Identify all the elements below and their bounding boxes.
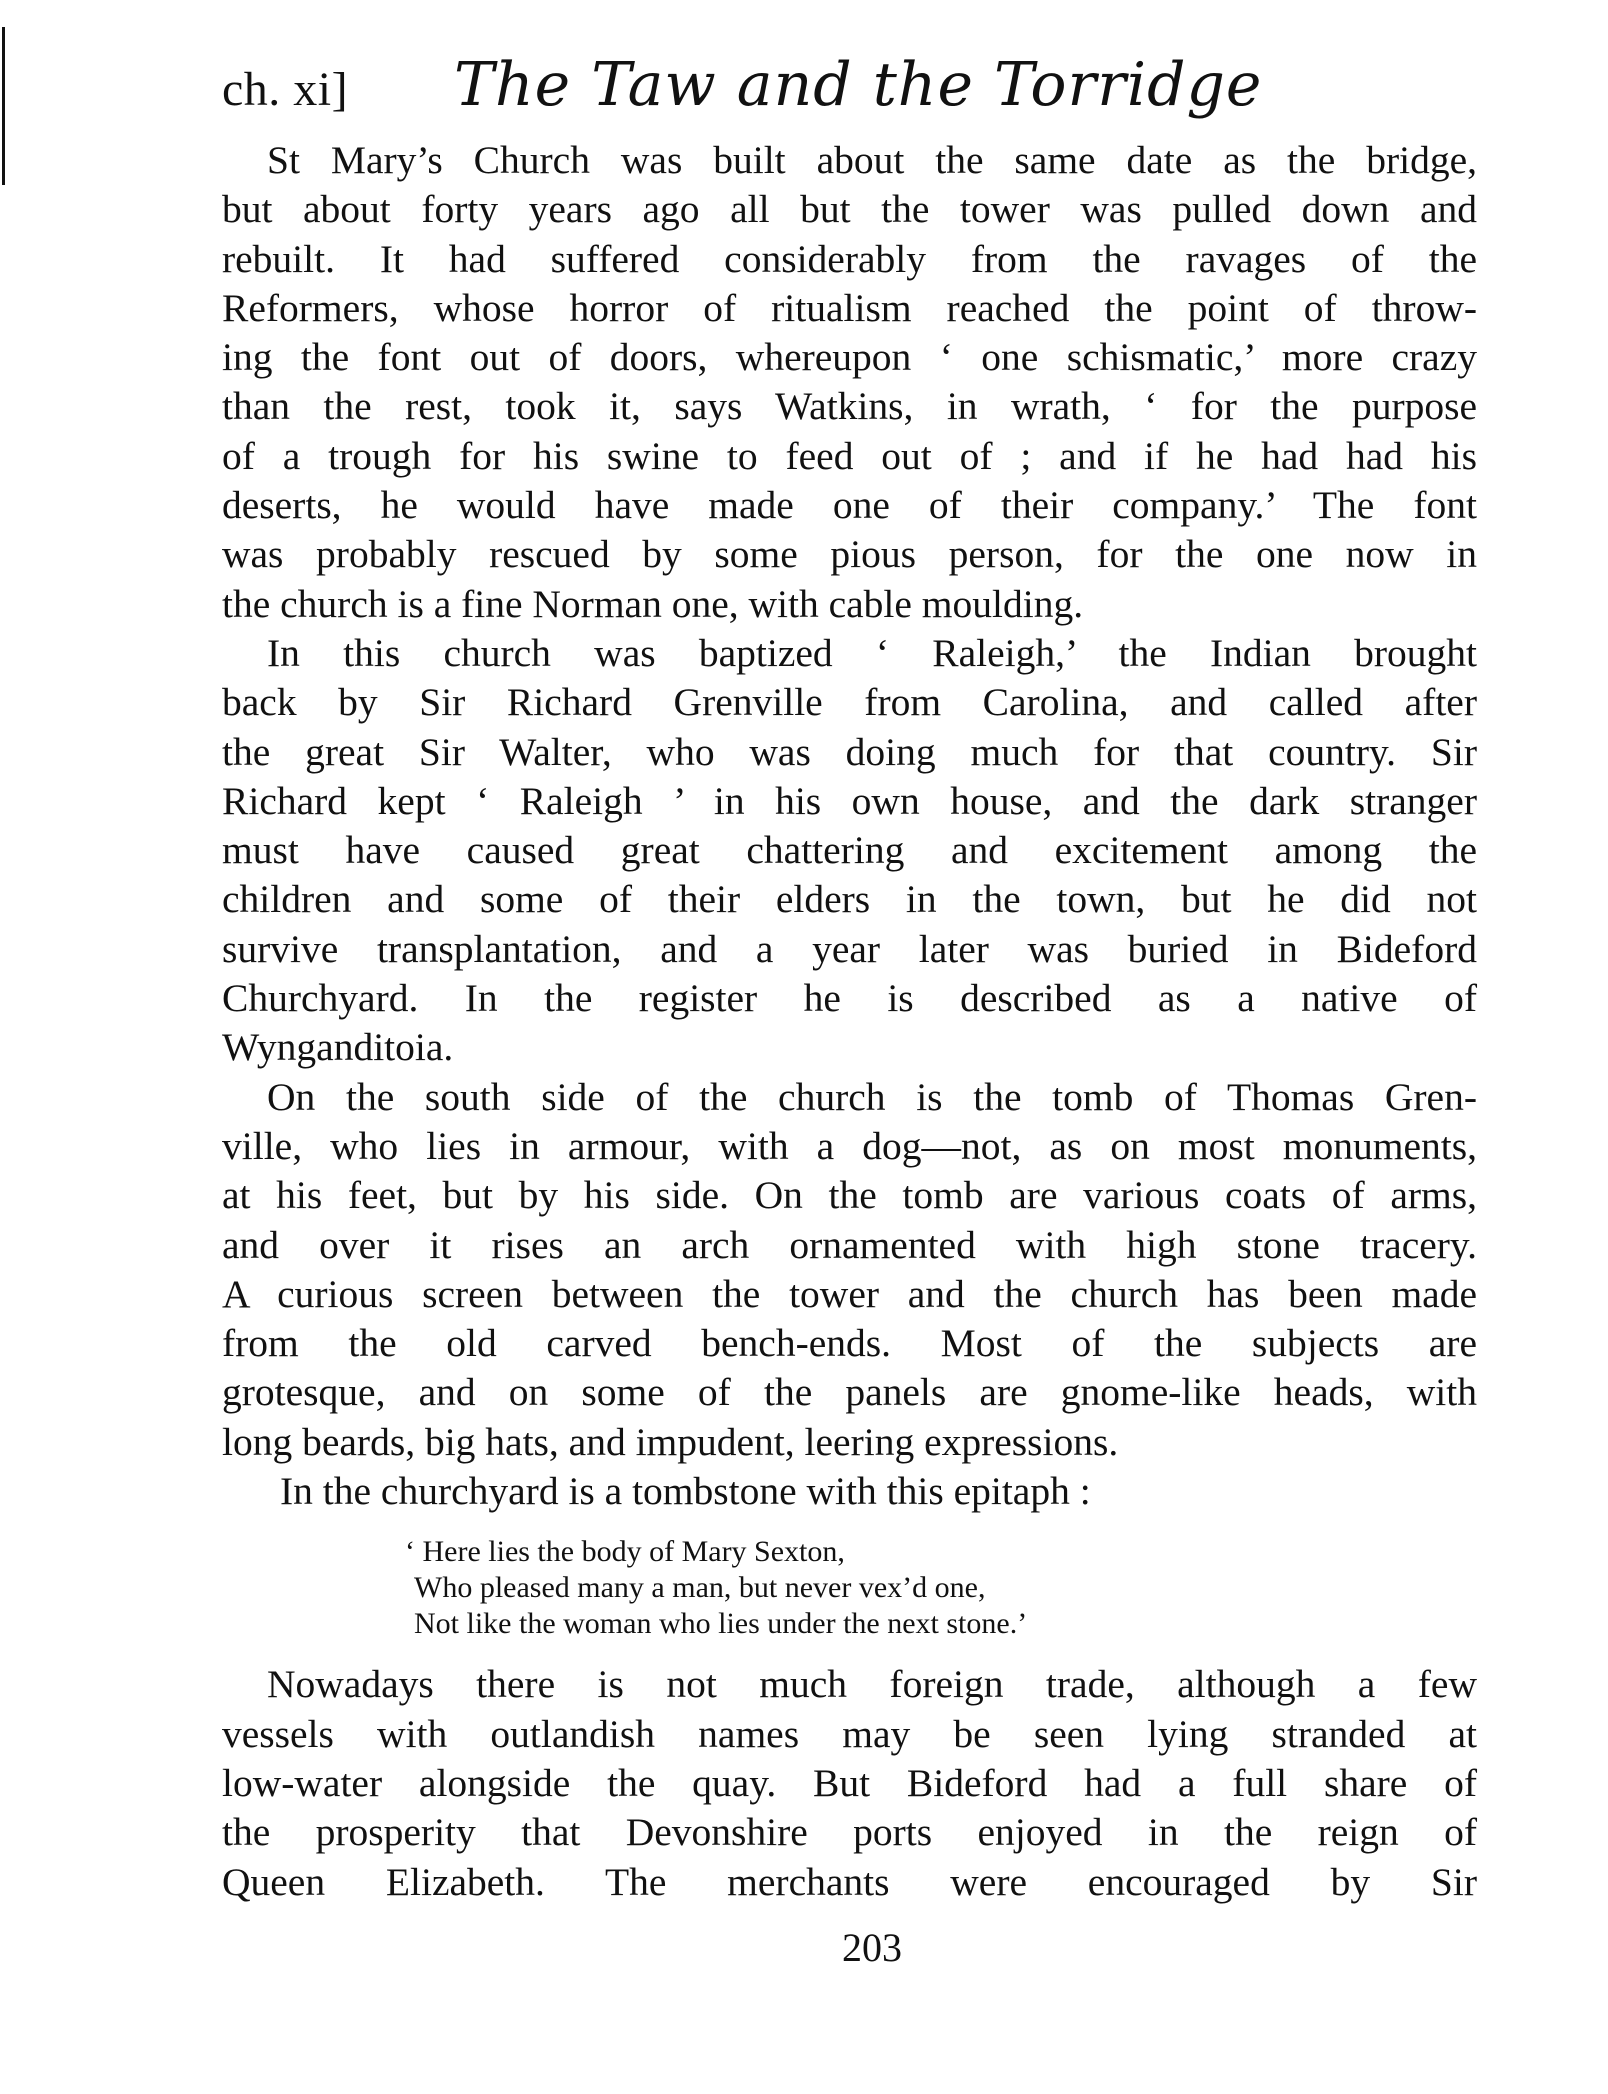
text-line: deserts, he would have made one of their… [222,481,1477,530]
text-line: low-water alongside the quay. But Bidefo… [222,1759,1477,1808]
paragraph-foreign-trade: Nowadays there is not much foreign trade… [222,1660,1477,1906]
text-line: of a trough for his swine to feed out of… [222,432,1477,481]
text-line: was probably rescued by some pious perso… [222,530,1477,579]
text-line: the great Sir Walter, who was doing much… [222,728,1477,777]
text-line: Queen Elizabeth. The merchants were enco… [222,1858,1477,1907]
text-line: St Mary’s Church was built about the sam… [222,136,1477,185]
text-line: rebuilt. It had suffered considerably fr… [222,235,1477,284]
text-line: On the south side of the church is the t… [222,1073,1477,1122]
text-line: grotesque, and on some of the panels are… [222,1368,1477,1417]
text-line: Richard kept ‘ Raleigh ’ in his own hous… [222,777,1477,826]
text-line: In this church was baptized ‘ Raleigh,’ … [222,629,1477,678]
paragraph-churchyard-intro: In the churchyard is a tombstone with th… [222,1467,1477,1516]
text-line: Nowadays there is not much foreign trade… [222,1660,1477,1709]
paragraph-st-marys-church: St Mary’s Church was built about the sam… [222,136,1477,629]
text-line: Wynganditoia. [222,1023,1477,1072]
epitaph-quote: ‘ Here lies the body of Mary Sexton, Who… [405,1534,1477,1642]
paragraph-raleigh: In this church was baptized ‘ Raleigh,’ … [222,629,1477,1073]
epitaph-line: ‘ Here lies the body of Mary Sexton, [405,1534,1477,1570]
text-line: children and some of their elders in the… [222,875,1477,924]
text-line: long beards, big hats, and impudent, lee… [222,1418,1477,1467]
text-line: at his feet, but by his side. On the tom… [222,1171,1477,1220]
text-line: back by Sir Richard Grenville from Carol… [222,678,1477,727]
epitaph-line: Who pleased many a man, but never vex’d … [405,1570,1477,1606]
text-line: than the rest, took it, says Watkins, in… [222,382,1477,431]
text-line: from the old carved bench-ends. Most of … [222,1319,1477,1368]
running-title: The Taw and the Torridge [454,52,1262,118]
text-line: A curious screen between the tower and t… [222,1270,1477,1319]
text-line: survive transplantation, and a year late… [222,925,1477,974]
text-line: the church is a fine Norman one, with ca… [222,580,1477,629]
running-head: ch. xi] The Taw and the Torridge [222,52,1477,122]
text-line: must have caused great chattering and ex… [222,826,1477,875]
chapter-reference: ch. xi] [222,62,348,118]
epitaph-line: Not like the woman who lies under the ne… [405,1606,1477,1642]
paragraph-grenville-tomb: On the south side of the church is the t… [222,1073,1477,1467]
scan-edge-bar [2,27,5,185]
text-line: and over it rises an arch ornamented wit… [222,1221,1477,1270]
text-line: the prosperity that Devonshire ports enj… [222,1808,1477,1857]
text-line: ing the font out of doors, whereupon ‘ o… [222,333,1477,382]
text-line: Reformers, whose horror of ritualism rea… [222,284,1477,333]
text-line: vessels with outlandish names may be see… [222,1710,1477,1759]
body-text: St Mary’s Church was built about the sam… [222,136,1477,1907]
text-line: but about forty years ago all but the to… [222,185,1477,234]
text-line: In the churchyard is a tombstone with th… [222,1467,1477,1516]
text-line: Churchyard. In the register he is descri… [222,974,1477,1023]
text-line: ville, who lies in armour, with a dog—no… [222,1122,1477,1171]
page-number: 203 [222,1926,1522,1970]
